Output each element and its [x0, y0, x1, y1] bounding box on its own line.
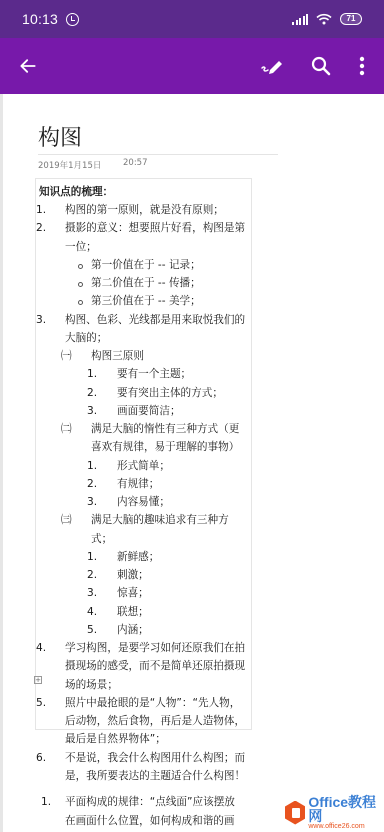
watermark-title: Office教程网	[308, 795, 384, 823]
more-options-button[interactable]	[350, 52, 374, 80]
list-number: 2.	[87, 385, 97, 403]
watermark: Office教程网 www.office26.com	[285, 795, 384, 830]
list-number: 5.	[36, 695, 46, 713]
outline-heading: 知识点的梳理：	[39, 184, 113, 202]
list-number: 3.	[87, 494, 97, 512]
list-number: 1.	[41, 794, 51, 812]
list-item[interactable]: 平面构成的规律：“点线面”应该摆放	[65, 794, 235, 812]
list-number: 2.	[87, 567, 97, 585]
app-bar	[0, 38, 384, 94]
list-item[interactable]: 联想；	[117, 604, 149, 622]
list-item[interactable]: 第一价值在于 -- 记录；	[91, 257, 201, 275]
watermark-url: www.office26.com	[308, 823, 384, 830]
note-page[interactable]: 构图 2019年1月15日 20:57 知识点的梳理： + 1.构图的第一原则，…	[0, 94, 384, 832]
list-number: 4.	[87, 604, 97, 622]
office-logo-icon	[285, 801, 305, 825]
list-item[interactable]: 式；	[91, 531, 112, 549]
list-item[interactable]: 刺激；	[117, 567, 149, 585]
list-number: 4.	[36, 640, 46, 658]
list-item[interactable]: 不是说，我会什么构图用什么构图；而	[65, 750, 245, 768]
list-item[interactable]: 形式简单；	[117, 458, 170, 476]
draw-button[interactable]	[258, 52, 286, 80]
status-icons: 71	[292, 10, 362, 29]
list-number: 1.	[87, 549, 97, 567]
list-item[interactable]: 满足大脑的趣味追求有三种方	[91, 512, 229, 530]
list-item[interactable]: 摄现场的感受，而不是简单还原拍摄现	[65, 658, 245, 676]
list-item[interactable]: 第二价值在于 -- 传播；	[91, 275, 201, 293]
list-number: ㈠	[61, 348, 72, 366]
list-item[interactable]: 构图的第一原则，就是没有原则；	[65, 202, 224, 220]
list-item[interactable]: 后动物，然后食物，再后是人造物体，	[65, 713, 245, 731]
page-title[interactable]: 构图	[38, 121, 82, 152]
list-number: ㈡	[61, 421, 72, 439]
search-button[interactable]	[307, 52, 335, 80]
list-item[interactable]: 摄影的意义：想要照片好看，构图是第	[65, 220, 245, 238]
back-button[interactable]	[14, 52, 42, 80]
list-item[interactable]: 场的场景；	[65, 677, 118, 695]
title-divider	[38, 154, 278, 155]
arrow-left-icon	[18, 56, 38, 76]
expand-icon[interactable]: +	[34, 676, 42, 684]
list-item[interactable]: 惊喜；	[117, 585, 149, 603]
list-number: 3.	[87, 585, 97, 603]
bullet-icon	[78, 282, 83, 287]
list-item[interactable]: 是，我所要表达的主题适合什么构图！	[65, 768, 245, 786]
list-item[interactable]: 新鲜感；	[117, 549, 159, 567]
list-item[interactable]: 构图三原则	[91, 348, 144, 366]
bullet-icon	[78, 264, 83, 269]
list-item[interactable]: 大脑的；	[65, 330, 107, 348]
list-number: 3.	[87, 403, 97, 421]
list-number: 1.	[87, 458, 97, 476]
status-bar: 10:13 71	[0, 0, 384, 38]
list-item[interactable]: 内涵；	[117, 622, 149, 640]
list-number: 2.	[87, 476, 97, 494]
list-item[interactable]: 满足大脑的惰性有三种方式（更	[91, 421, 239, 439]
list-number: ㈢	[61, 512, 72, 530]
list-number: 6.	[36, 750, 46, 768]
list-number: 3.	[36, 312, 46, 330]
list-item[interactable]: 要有突出主体的方式；	[117, 385, 223, 403]
list-item[interactable]: 最后是自然界物体”；	[65, 731, 166, 749]
search-icon	[307, 52, 335, 80]
list-number: 5.	[87, 622, 97, 640]
list-number: 1.	[36, 202, 46, 220]
status-time: 10:13	[22, 11, 58, 27]
list-item[interactable]: 构图、色彩、光线都是用来取悦我们的	[65, 312, 245, 330]
wifi-icon	[316, 10, 332, 29]
list-item[interactable]: 学习构图，是要学习如何还原我们在拍	[65, 640, 245, 658]
list-item[interactable]: 有规律；	[117, 476, 159, 494]
list-number: 2.	[36, 220, 46, 238]
list-item[interactable]: 第三价值在于 -- 美学；	[91, 293, 201, 311]
alarm-icon	[66, 13, 79, 26]
list-item[interactable]: 画面要简洁；	[117, 403, 181, 421]
pen-icon	[258, 52, 286, 80]
battery-icon: 71	[340, 13, 362, 25]
page-time: 20:57	[123, 158, 148, 168]
list-item[interactable]: 在画面什么位置，如何构成和谐的画	[65, 813, 235, 831]
signal-icon	[292, 14, 308, 25]
list-item[interactable]: 照片中最抢眼的是“人物”：“先人物，	[65, 695, 240, 713]
list-item[interactable]: 一位；	[65, 239, 97, 257]
list-number: 1.	[87, 366, 97, 384]
list-item[interactable]: 内容易懂；	[117, 494, 170, 512]
list-item[interactable]: 要有一个主题；	[117, 366, 191, 384]
more-vert-icon	[350, 52, 374, 80]
page-date: 2019年1月15日	[38, 159, 101, 171]
list-item[interactable]: 喜欢有规律，易于理解的事物）	[91, 439, 239, 457]
